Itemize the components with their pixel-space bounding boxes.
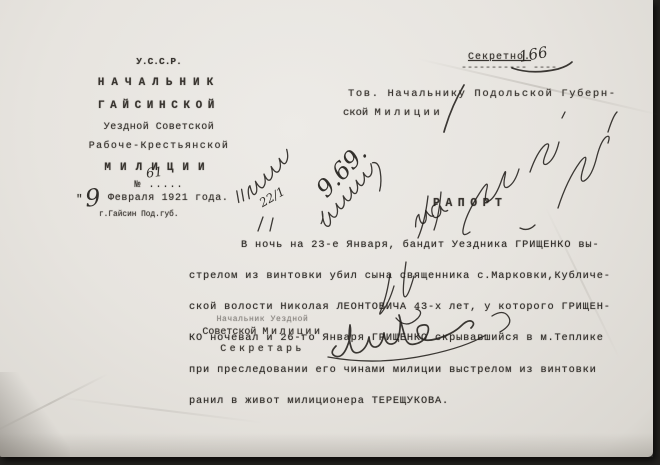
addressee-line2-prefix: ской [343,107,375,119]
signature-line2-word: Милиции [262,327,322,338]
addressee-line2-word: Милиции [375,107,444,119]
letterhead-country: У.С.С.Р. [70,56,248,67]
report-title: РАПОРТ [433,197,507,210]
signature-line2-prefix: Советской [202,327,262,338]
letterhead-org-line3: Уездной Советской [70,122,248,133]
signature-title-line3: Секретарь [180,344,345,355]
letterhead-place: г.Гайсин Под.губ. [99,211,179,219]
handwritten-scribble [228,149,299,204]
body-line: В ночь на 23-е Января, бандит Уездника Г… [189,240,639,250]
letterhead-org-line2: ГАЙСИНСКОЙ [70,100,248,112]
secret-label: Секретно. [468,52,531,63]
letterhead-org-line1: НАЧАЛЬНИК [70,77,248,89]
paper-edge-shadow [0,433,653,457]
scanned-document-photo: У.С.С.Р. НАЧАЛЬНИК ГАЙСИНСКОЙ Уездной Со… [0,0,660,465]
body-line: ской волости Николая ЛЕОНТОВИЧА 43-х лет… [189,302,639,312]
body-line: стрелом из винтовки убил сына священника… [189,271,639,281]
body-line: ранил в живот милиционера ТЕРЕЩУКОВА. [189,396,639,406]
secret-underline-dashes: ----------- ---- [461,63,557,74]
letterhead-number-line: № ..... [70,180,248,191]
handwritten-date-note: 22/1 [256,184,287,210]
document-paper: У.С.С.Р. НАЧАЛЬНИК ГАЙСИНСКОЙ Уездной Со… [0,0,653,457]
body-line: при преследовании его чинами милиции выс… [189,365,639,375]
date-quote-mark: " [76,194,83,206]
letterhead-date: Февраля 1921 года. [108,193,229,204]
handwritten-scribble [530,112,565,172]
number-dots: ..... [149,180,184,191]
handwritten-scribble [558,112,617,208]
signature-title-line1: Начальник Уездной [180,315,345,324]
number-label: № [134,180,141,191]
addressee-line2: ской Милиции [343,107,443,119]
handwritten-registry-number: 9.69. [311,139,373,203]
addressee-line1: Тов. Начальнику Подольской Губерн- [348,88,617,100]
letterhead-org-line4: Рабоче-Крестьянской [70,141,248,152]
signature-title-line2: Советской Милиции [180,327,345,338]
letterhead-org-line5: МИЛИЦИИ [70,162,248,174]
